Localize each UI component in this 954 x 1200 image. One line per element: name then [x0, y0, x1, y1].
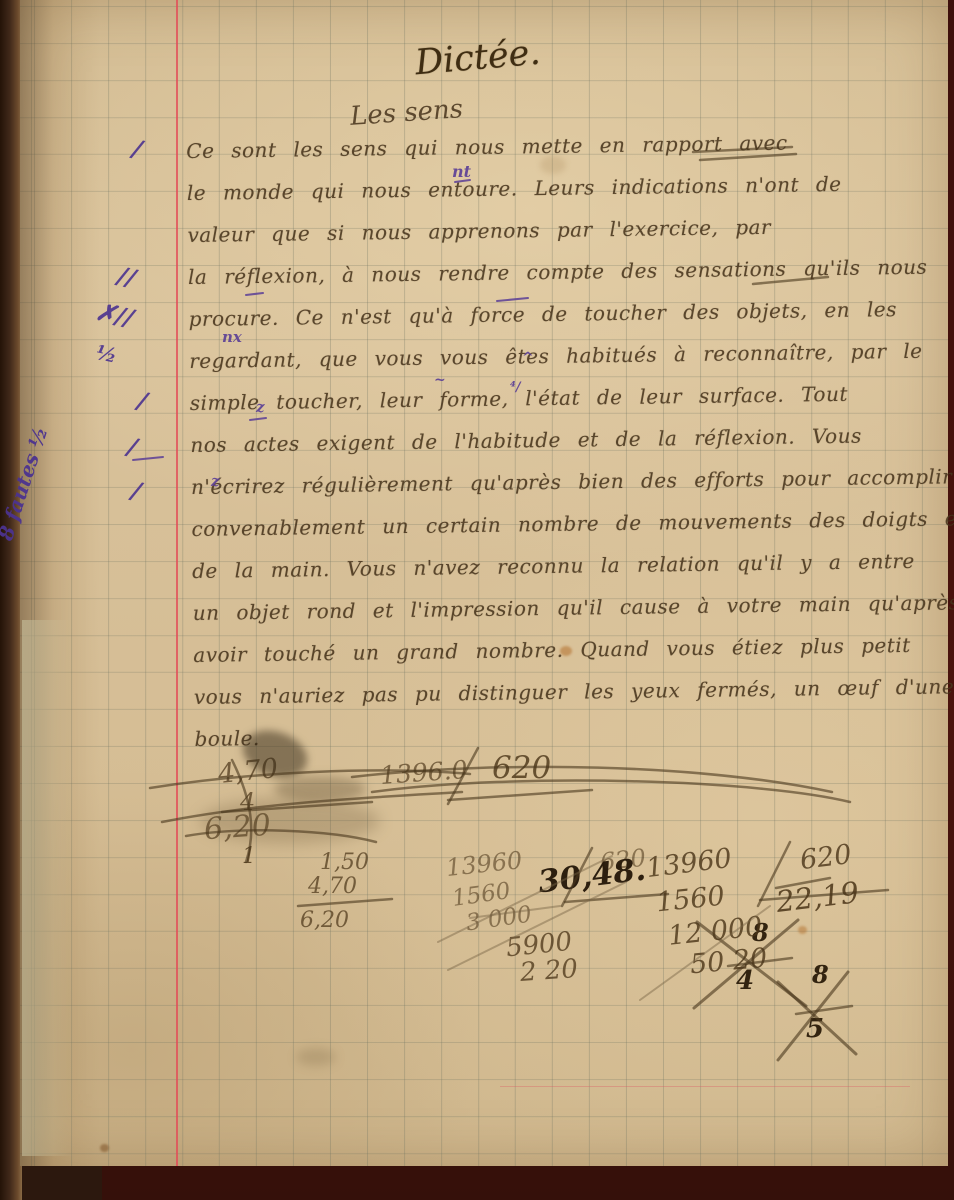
division-divisor: 620	[798, 839, 853, 876]
correction-mark: z	[211, 472, 220, 490]
scratch-fraction-denominator: 5	[806, 1014, 824, 1044]
paper-stain	[100, 1144, 109, 1152]
paper-stain	[560, 646, 572, 656]
ink-smudge	[296, 1048, 336, 1066]
under-page-edge	[22, 620, 74, 1156]
addition-row: 4,70	[308, 874, 357, 899]
binding-spine	[0, 0, 22, 1200]
scratch-fraction-numerator: 8	[812, 960, 829, 989]
correction-mark: ^	[522, 350, 534, 366]
ink-smudge	[200, 798, 380, 844]
faint-pink-rule	[500, 1086, 910, 1087]
correction-mark: ~	[434, 372, 446, 388]
division-step: 2 20	[519, 954, 579, 988]
dictation-text: Ce sont les sens qui nous mette en rappo…	[186, 120, 941, 760]
addition-row: 1,50	[320, 850, 369, 875]
paper-stain	[540, 156, 566, 174]
crossed-division-divisor: 620	[492, 750, 551, 786]
correction-mark: nt	[452, 162, 471, 181]
crossed-addition-below: 1	[242, 844, 256, 869]
addition-sum: 6,20	[300, 908, 349, 933]
paper-stain	[798, 926, 807, 934]
notebook-scan: Dictée. Les sens Ce sont les sens qui no…	[0, 0, 954, 1200]
crossed-division-dividend: 1396.0	[379, 755, 468, 790]
correction-mark: nx	[222, 328, 242, 346]
correction-mark: ⁴∕	[510, 380, 520, 395]
correction-mark: z	[256, 398, 265, 416]
margin-rule-line	[176, 0, 178, 1166]
